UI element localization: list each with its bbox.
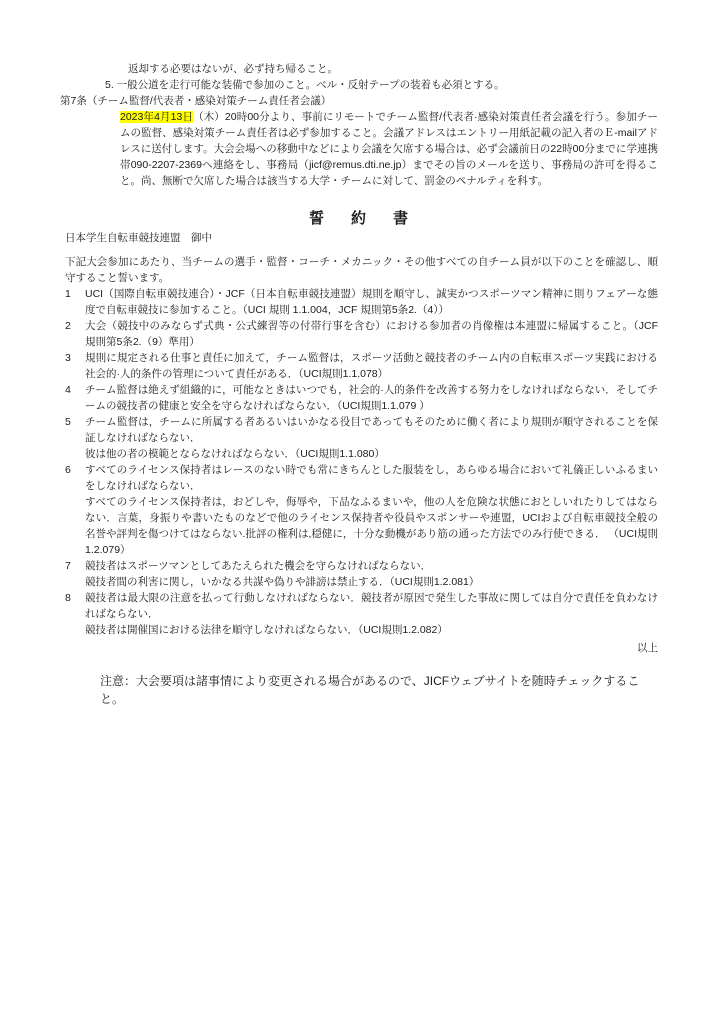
item-text: チーム監督は絶えず組織的に，可能なときはいつでも，社会的·人的条件を改善する努力… xyxy=(85,382,658,414)
article7-paragraph: 2023年4月13日（木）20時00分より、事前にリモートでチーム監督/代表者·… xyxy=(120,109,658,189)
item-number: 4 xyxy=(65,382,85,414)
pledge-item-list: 1 UCI（国際自転車競技連合）・JCF（日本自転車競技連盟）規則を順守し、誠実… xyxy=(65,286,658,638)
closing-ijou: 以上 xyxy=(65,640,658,656)
item-text: すべてのライセンス保持者はレースのない時でも常にきちんとした服装をし，あらゆる場… xyxy=(85,462,658,558)
pledge-item: 5 チーム監督は，チームに所属する者あるいはいかなる役目であってもそのために働く… xyxy=(65,414,658,462)
item-text: UCI（国際自転車競技連合）・JCF（日本自転車競技連盟）規則を順守し、誠実かつ… xyxy=(85,286,658,318)
item-number: 3 xyxy=(65,350,85,382)
pledge-addressee: 日本学生自転車競技連盟 御中 xyxy=(65,230,658,246)
pledge-item: 1 UCI（国際自転車競技連合）・JCF（日本自転車競技連盟）規則を順守し、誠実… xyxy=(65,286,658,318)
pledge-item: 6 すべてのライセンス保持者はレースのない時でも常にきちんとした服装をし，あらゆ… xyxy=(65,462,658,558)
item-text: 競技者はスポーツマンとしてあたえられた機会を守らなければならない． 競技者間の利… xyxy=(85,558,658,590)
item-text: 大会（競技中のみならず式典・公式練習等の付帯行事を含む）における参加者の肖像権は… xyxy=(85,318,658,350)
rule-return-line: 返却する必要はないが、必ず持ち帰ること。 xyxy=(128,61,658,77)
item-text: 競技者は最大限の注意を払って行動しなければならない．競技者が原因で発生した事故に… xyxy=(85,590,658,638)
rule-item-5: 5. 一般公道を走行可能な装備で参加のこと。ベル・反射テープの装着も必須とする。 xyxy=(105,77,658,93)
article7-body-text: （木）20時00分より、事前にリモートでチーム監督/代表者·感染対策責任者会議を… xyxy=(120,111,658,187)
item-number: 7 xyxy=(65,558,85,590)
pledge-title: 誓 約 書 xyxy=(65,209,658,229)
document-page: 返却する必要はないが、必ず持ち帰ること。 5. 一般公道を走行可能な装備で参加の… xyxy=(0,0,724,1024)
item-number: 6 xyxy=(65,462,85,558)
item-text: チーム監督は，チームに所属する者あるいはいかなる役目であってもそのために働く者に… xyxy=(85,414,658,462)
pledge-item: 7 競技者はスポーツマンとしてあたえられた機会を守らなければならない． 競技者間… xyxy=(65,558,658,590)
pledge-item: 2 大会（競技中のみならず式典・公式練習等の付帯行事を含む）における参加者の肖像… xyxy=(65,318,658,350)
item-text: 規則に規定される仕事と責任に加えて，チーム監督は，スポーツ活動と競技者のチーム内… xyxy=(85,350,658,382)
pledge-item: 8 競技者は最大限の注意を払って行動しなければならない．競技者が原因で発生した事… xyxy=(65,590,658,638)
pledge-item: 3 規則に規定される仕事と責任に加えて，チーム監督は，スポーツ活動と競技者のチー… xyxy=(65,350,658,382)
item-number: 8 xyxy=(65,590,85,638)
pledge-intro: 下記大会参加にあたり、当チームの選手・監督・コーチ・メカニック・その他すべての自… xyxy=(65,254,658,286)
highlighted-date: 2023年4月13日 xyxy=(120,111,193,123)
item-number: 1 xyxy=(65,286,85,318)
notice-line: 注意：大会要項は諸事情により変更される場合があるので、JICFウェブサイトを随時… xyxy=(100,672,658,708)
item-number: 2 xyxy=(65,318,85,350)
item-number: 5 xyxy=(65,414,85,462)
pledge-item: 4 チーム監督は絶えず組織的に，可能なときはいつでも，社会的·人的条件を改善する… xyxy=(65,382,658,414)
article7-heading: 第7条（チーム監督/代表者・感染対策チーム責任者会議） xyxy=(60,93,658,109)
